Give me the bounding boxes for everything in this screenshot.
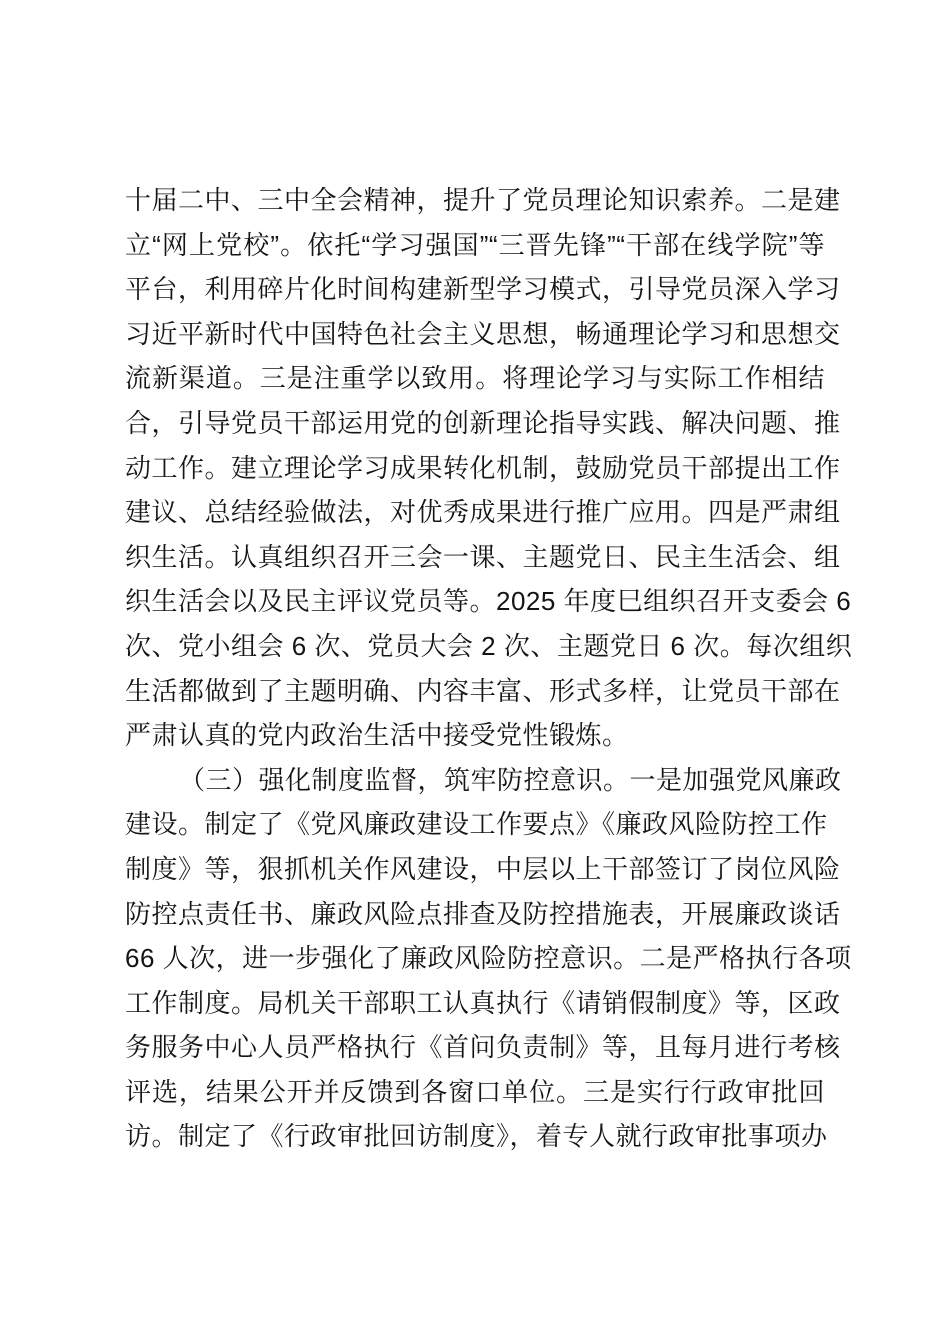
text-line: （三）强化制度监督，筑牢防控意识。一是加强党风廉政 [125, 758, 825, 803]
text-line: 生活都做到了主题明确、内容丰富、形式多样，让党员干部在 [125, 669, 825, 714]
text-line: 务服务中心人员严格执行《首问负责制》等，且每月进行考核 [125, 1025, 825, 1070]
text-line: 建设。制定了《党风廉政建设工作要点》《廉政风险防控工作 [125, 802, 825, 847]
text-line: 建议、总结经验做法，对优秀成果进行推广应用。四是严肃组 [125, 490, 825, 535]
text-line: 评选，结果公开并反馈到各窗口单位。三是实行行政审批回 [125, 1070, 825, 1115]
document-body: 十届二中、三中全会精神，提升了党员理论知识索养。二是建立“网上党校”。依托“学习… [125, 178, 825, 1159]
text-line: 习近平新时代中国特色社会主义思想，畅通理论学习和思想交 [125, 312, 825, 357]
text-line: 制度》等，狠抓机关作风建设，中层以上干部签订了岗位风险 [125, 847, 825, 892]
text-line: 工作制度。局机关干部职工认真执行《请销假制度》等，区政 [125, 981, 825, 1026]
text-line: 66 人次，进一步强化了廉政风险防控意识。二是严格执行各项 [125, 936, 825, 981]
document-page: 十届二中、三中全会精神，提升了党员理论知识索养。二是建立“网上党校”。依托“学习… [0, 0, 950, 1344]
text-line: 织生活会以及民主评议党员等。2025 年度巳组织召开支委会 6 [125, 579, 825, 624]
text-line: 流新渠道。三是注重学以致用。将理论学习与实际工作相结 [125, 356, 825, 401]
text-line: 动工作。建立理论学习成果转化机制，鼓励党员干部提出工作 [125, 446, 825, 491]
text-line: 访。制定了《行政审批回访制度》，着专人就行政审批事项办 [125, 1114, 825, 1159]
text-line: 立“网上党校”。依托“学习强国”“三晋先锋”“干部在线学院”等 [125, 223, 825, 268]
text-line: 织生活。认真组织召开三会一课、主题党日、民主生活会、组 [125, 535, 825, 580]
text-line: 十届二中、三中全会精神，提升了党员理论知识索养。二是建 [125, 178, 825, 223]
text-line: 严肃认真的党内政治生活中接受党性锻炼。 [125, 713, 825, 758]
text-line: 防控点责任书、廉政风险点排查及防控措施表，开展廉政谈话 [125, 892, 825, 937]
text-line: 合，引导党员干部运用党的创新理论指导实践、解决问题、推 [125, 401, 825, 446]
text-line: 平台，利用碎片化时间构建新型学习模式，引导党员深入学习 [125, 267, 825, 312]
text-line: 次、党小组会 6 次、党员大会 2 次、主题党日 6 次。每次组织 [125, 624, 825, 669]
